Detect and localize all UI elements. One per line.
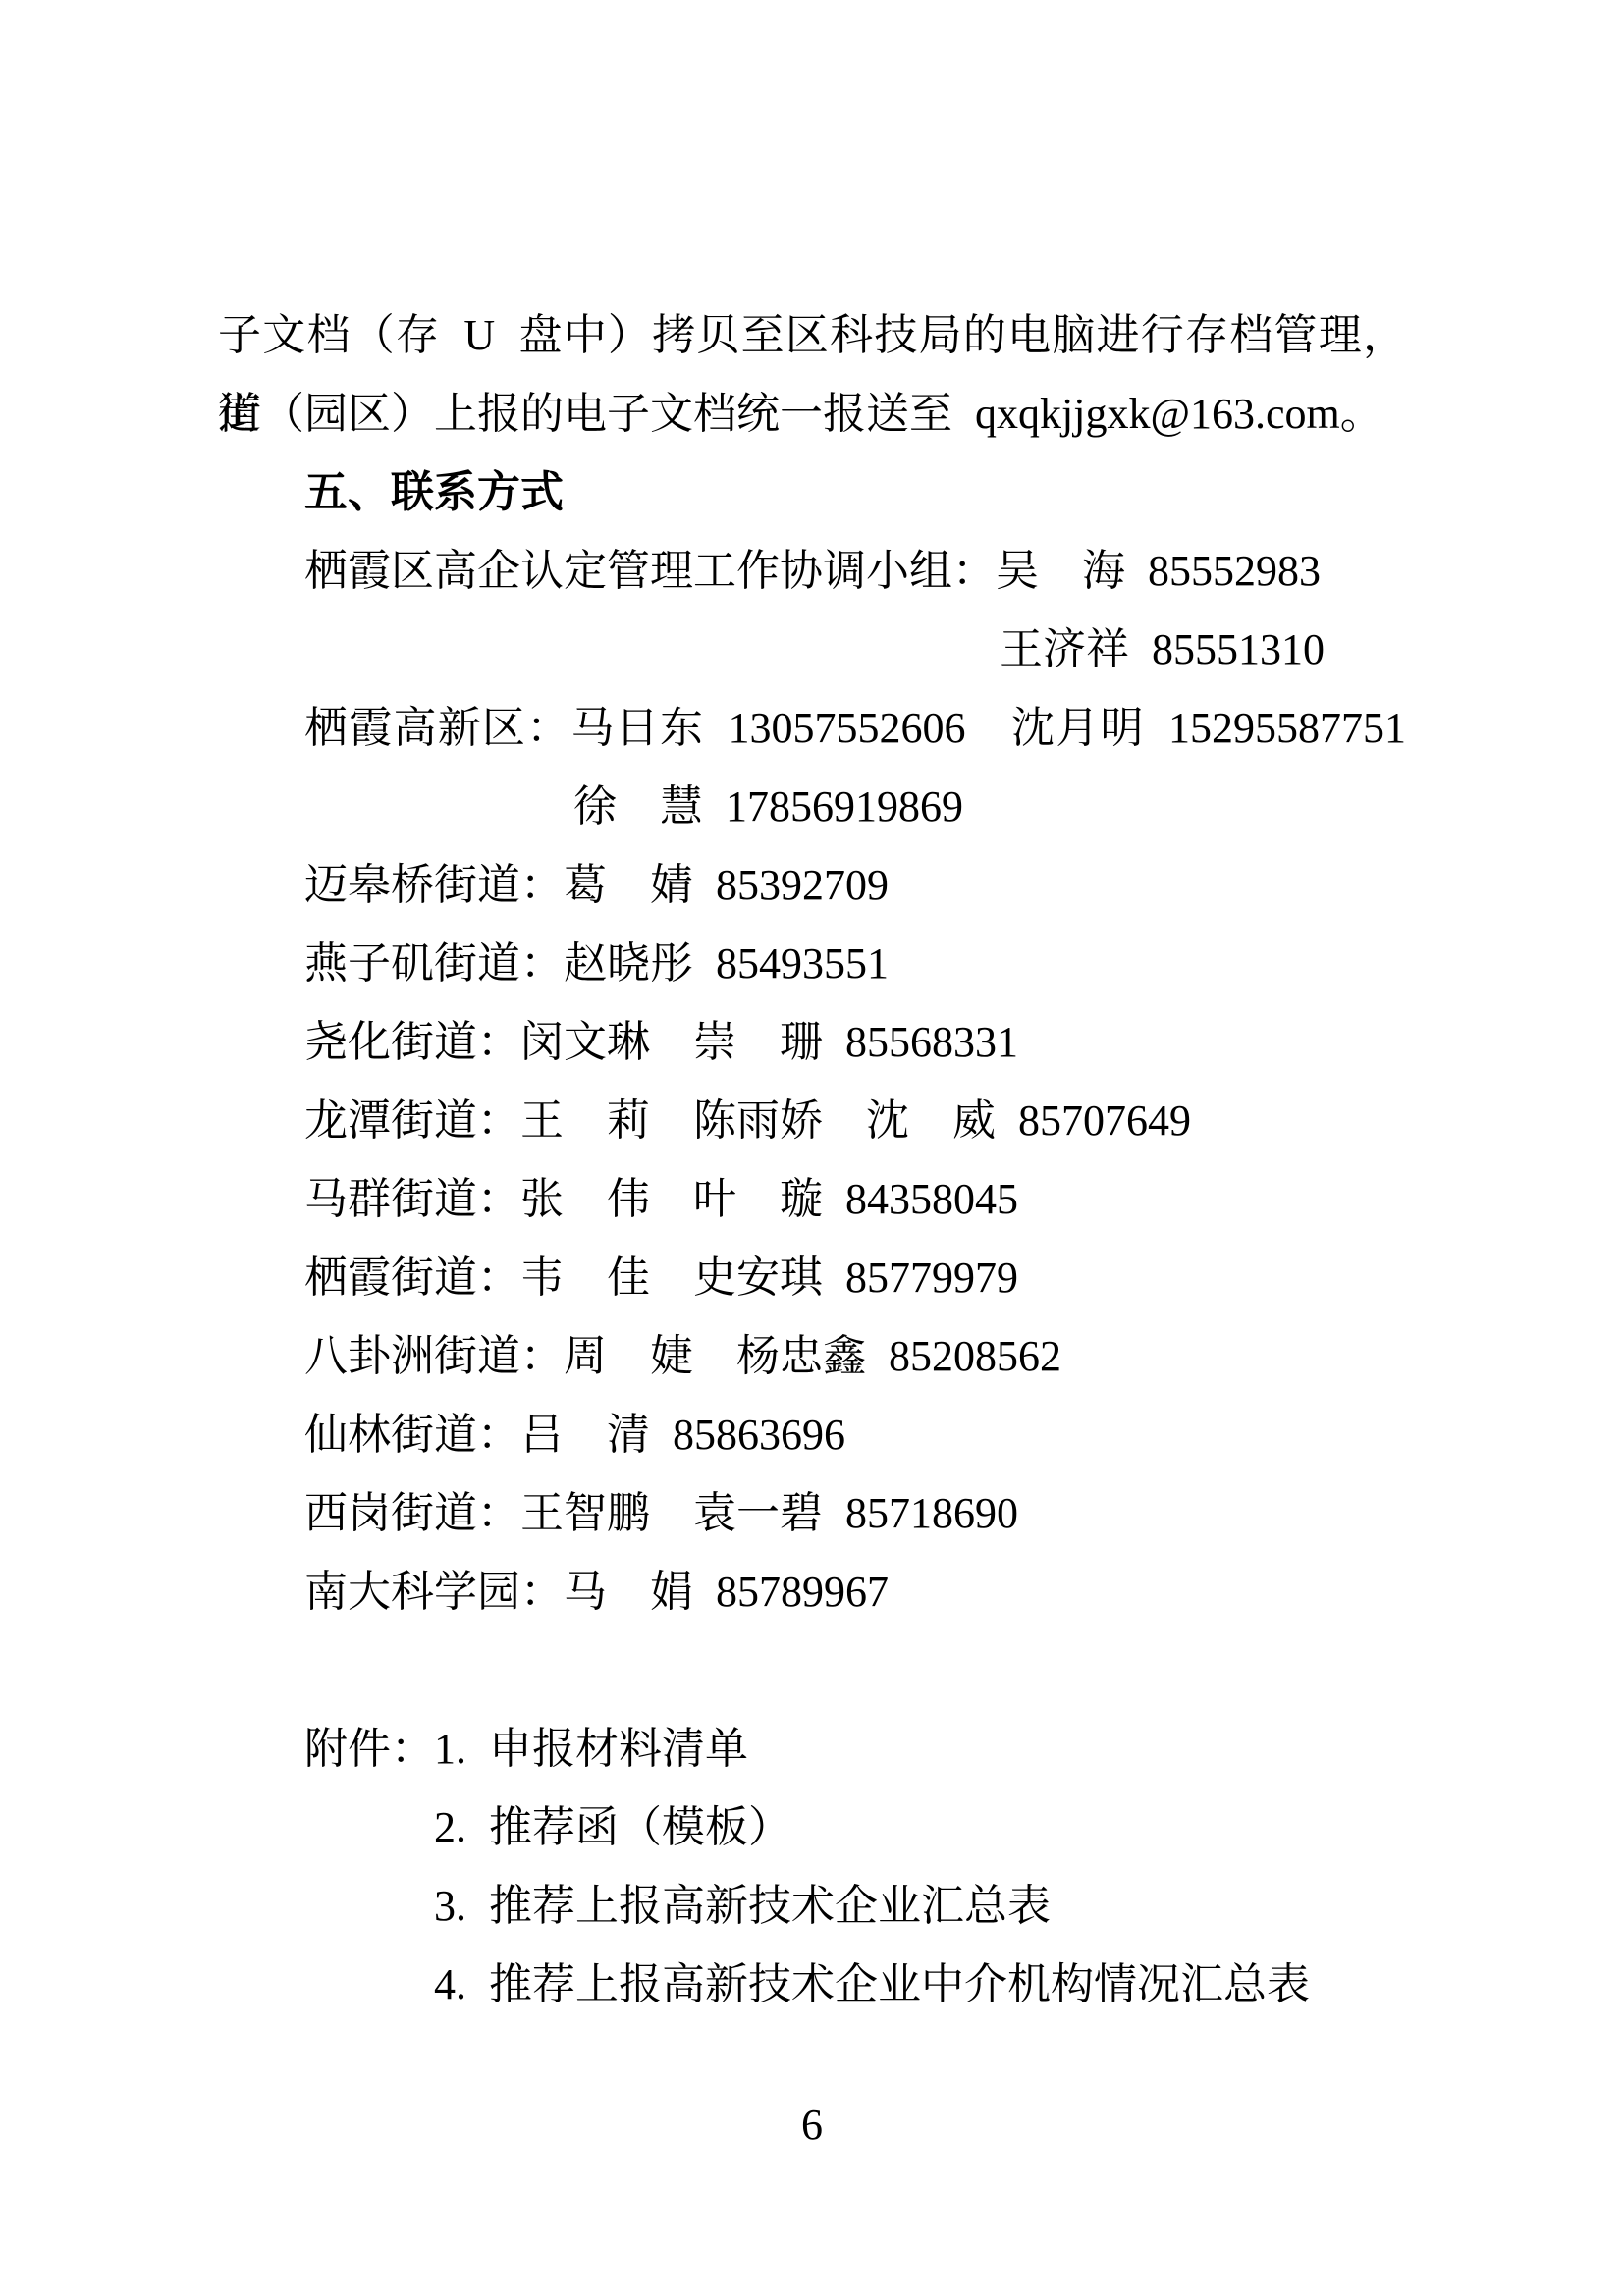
contact-line: 徐 慧 17856919869 xyxy=(218,768,1406,846)
section-heading: 五、联系方式 xyxy=(218,454,1406,532)
contact-line: 迈皋桥街道：葛 婧 85392709 xyxy=(218,846,1406,925)
document-page: 子文档（存 U 盘中）拷贝至区科技局的电脑进行存档管理，街 道（园区）上报的电子… xyxy=(0,0,1624,2296)
contact-line: 马群街道：张 伟 叶 璇 84358045 xyxy=(218,1160,1406,1239)
contact-line: 八卦洲街道：周 婕 杨忠鑫 85208562 xyxy=(218,1317,1406,1396)
page-number: 6 xyxy=(218,2086,1406,2164)
contact-line: 燕子矶街道：赵晓彤 85493551 xyxy=(218,925,1406,1003)
contact-line: 尧化街道：闵文琳 崇 珊 85568331 xyxy=(218,1003,1406,1082)
attachments-intro-line: 附件：1. 申报材料清单 xyxy=(218,1710,1406,1789)
document-body: 子文档（存 U 盘中）拷贝至区科技局的电脑进行存档管理，街 道（园区）上报的电子… xyxy=(218,296,1406,2164)
attachment-item: 3. 推荐上报高新技术企业汇总表 xyxy=(218,1867,1406,1946)
paragraph-line: 子文档（存 U 盘中）拷贝至区科技局的电脑进行存档管理，街 xyxy=(218,296,1406,375)
contact-line: 栖霞街道：韦 佳 史安琪 85779979 xyxy=(218,1239,1406,1317)
contact-line: 龙潭街道：王 莉 陈雨娇 沈 威 85707649 xyxy=(218,1082,1406,1160)
contact-line: 栖霞高新区：马日东 13057552606 沈月明 15295587751 xyxy=(218,689,1406,768)
attachment-item: 4. 推荐上报高新技术企业中介机构情况汇总表 xyxy=(218,1946,1406,2024)
blank-line xyxy=(218,1631,1406,1710)
contact-line: 西岗街道：王智鹏 袁一碧 85718690 xyxy=(218,1474,1406,1553)
contact-line: 南大科学园：马 娟 85789967 xyxy=(218,1553,1406,1631)
contact-line: 王济祥 85551310 xyxy=(218,611,1406,689)
paragraph-line: 道（园区）上报的电子文档统一报送至 qxqkjjgxk@163.com。 xyxy=(218,375,1406,454)
contact-line: 仙林街道：吕 清 85863696 xyxy=(218,1396,1406,1474)
contact-line: 栖霞区高企认定管理工作协调小组：吴 海 85552983 xyxy=(218,532,1406,611)
attachment-item: 2. 推荐函（模板） xyxy=(218,1789,1406,1867)
